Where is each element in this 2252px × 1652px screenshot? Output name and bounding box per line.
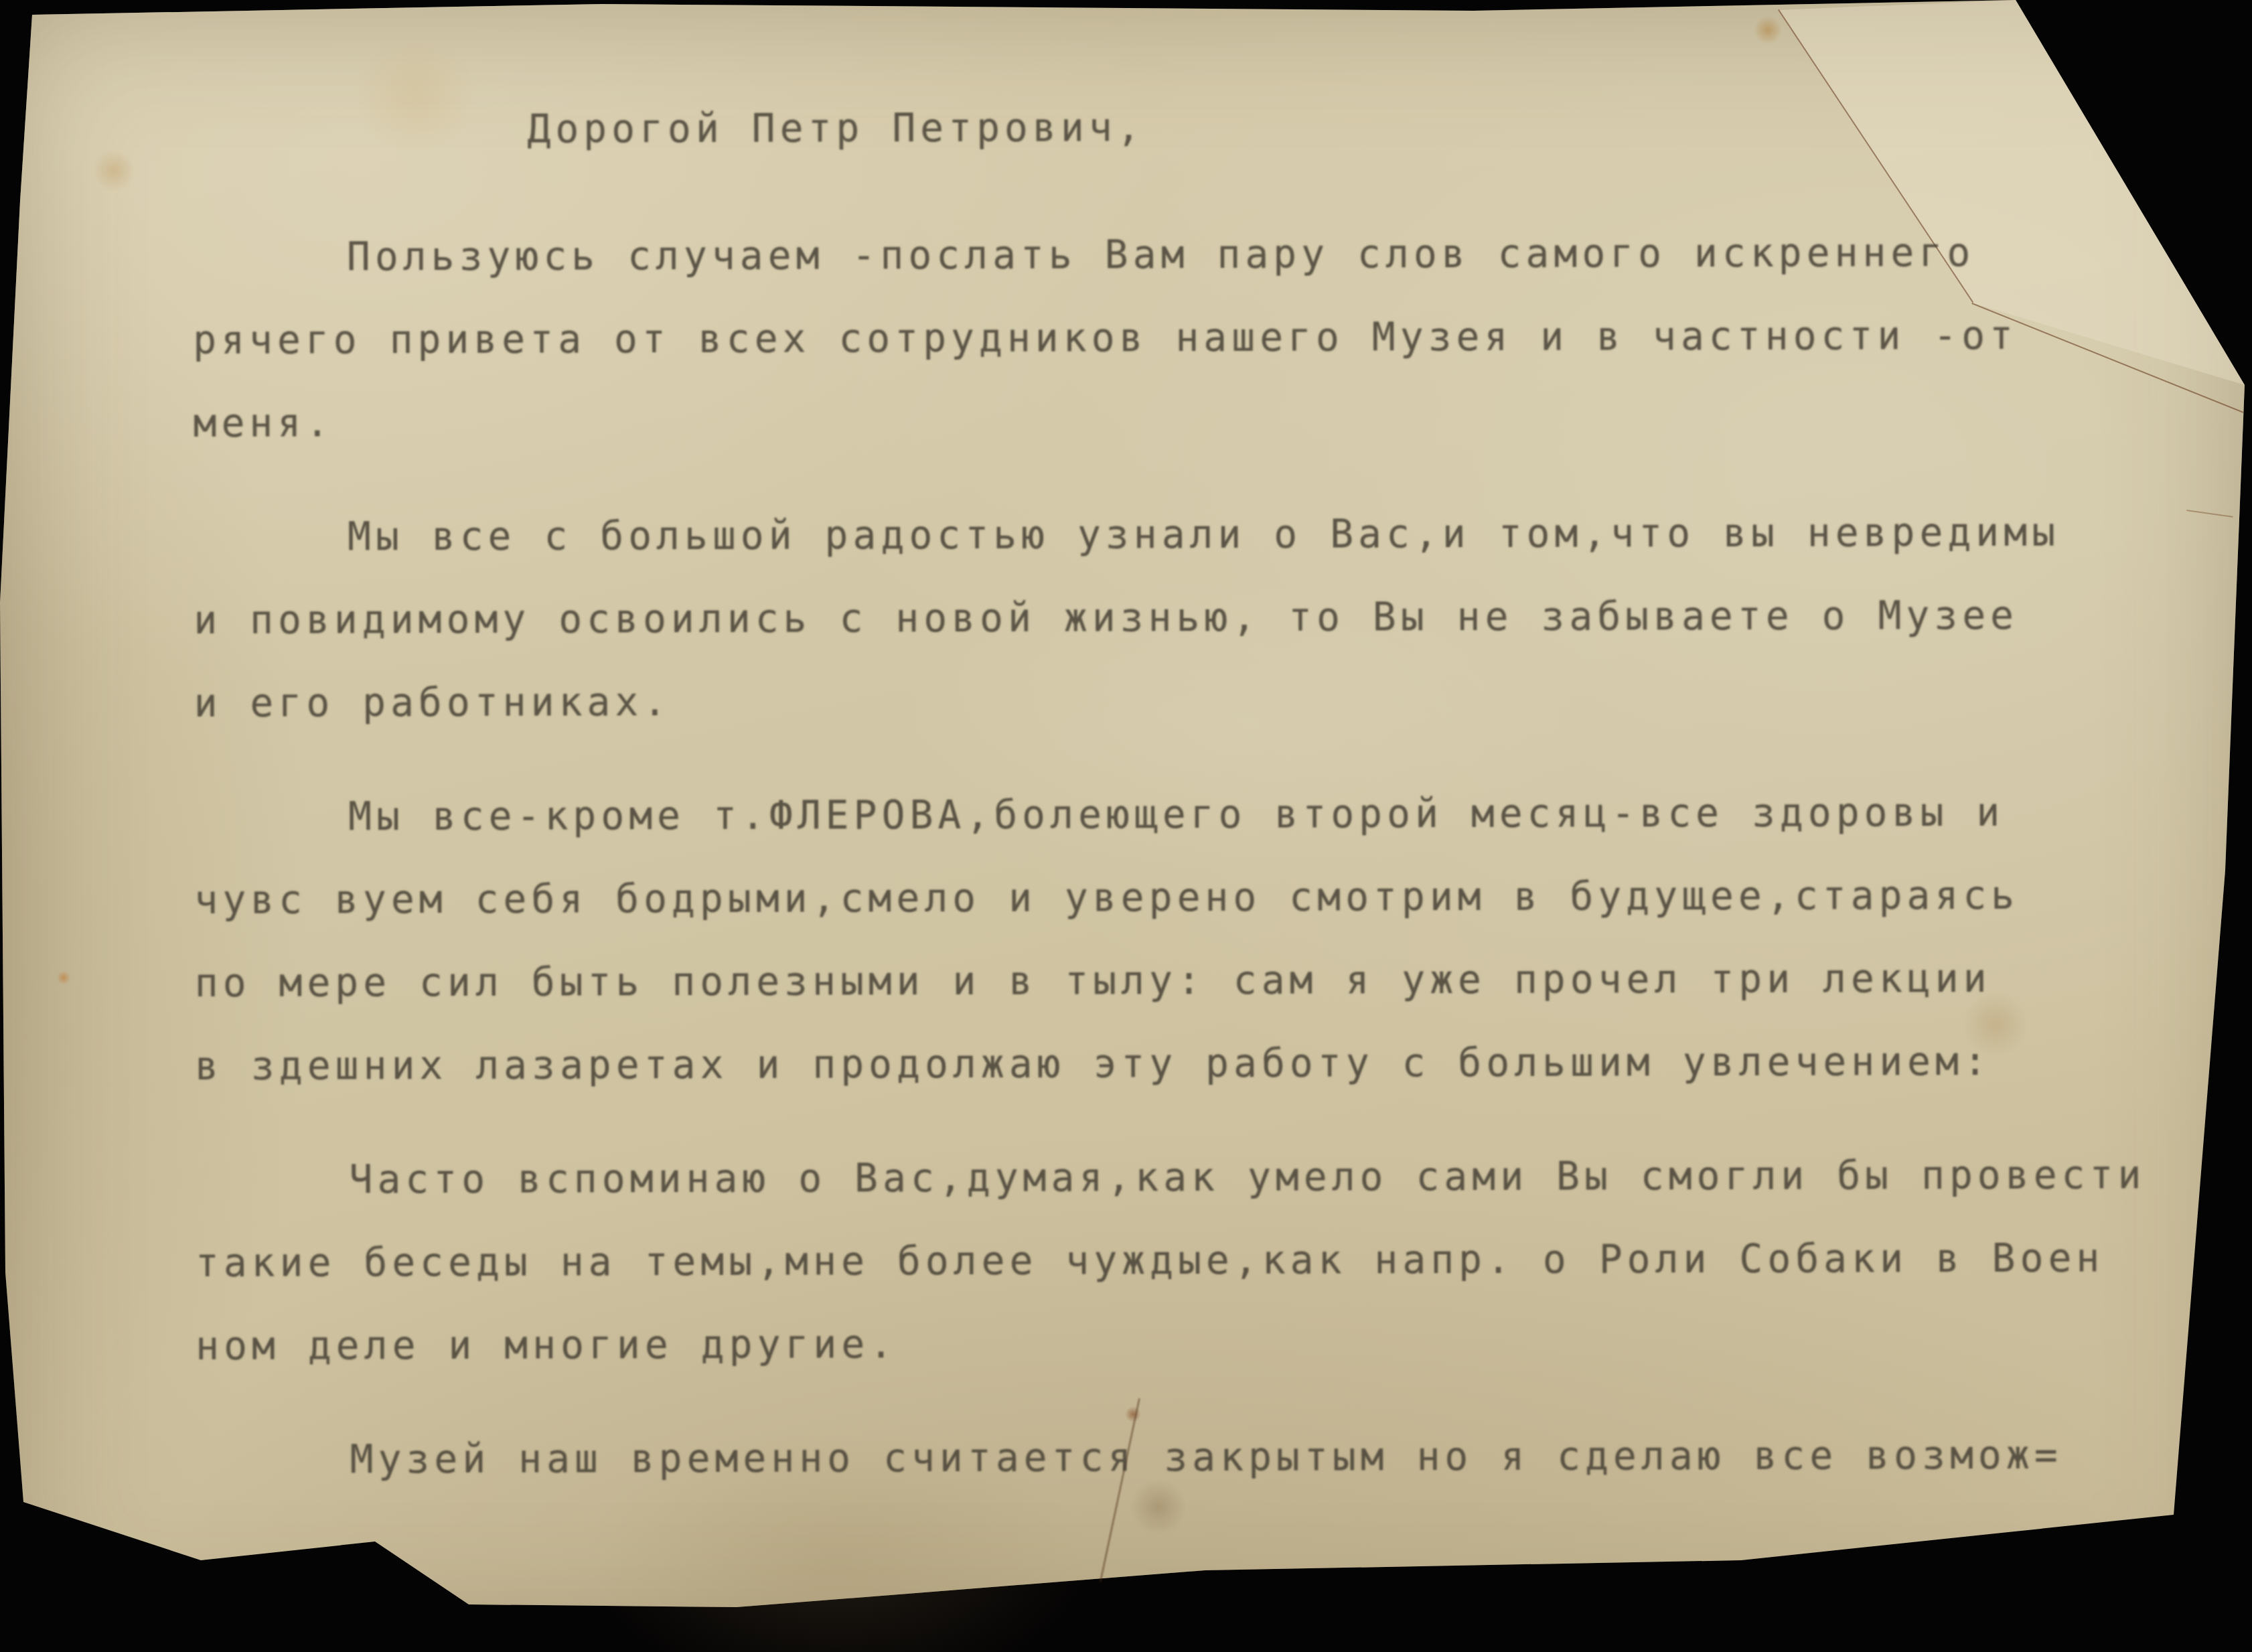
letter-line: Мы все с большой радостью узнали о Вас,и… [348, 490, 2202, 578]
letter-line: такие беседы на темы,мне более чуждые,ка… [196, 1216, 2204, 1304]
letter-paragraph: Музей наш временно считается закрытым но… [196, 1413, 2204, 1501]
letter-line: ном деле и многие другие. [196, 1299, 2204, 1387]
letter-paragraph: Мы все-кроме т.ФЛЕРОВА,болеющего второй … [194, 770, 2204, 1108]
letter-line: по мере сил быть полезными и в тылу: сам… [195, 936, 2204, 1025]
letter-line: Мы все-кроме т.ФЛЕРОВА,болеющего второй … [348, 770, 2203, 858]
letter-line: и повидимому освоились с новой жизнью, т… [194, 573, 2202, 662]
letter-line: Дорогой Петр Петрович, [527, 83, 2201, 171]
letter-line: чувс вуем себя бодрыми,смело и уверено с… [194, 853, 2203, 942]
letter-line: Музей наш временно считается закрытым но… [350, 1413, 2204, 1501]
letter-paragraph: Мы все с большой радостью узнали о Вас,и… [194, 490, 2203, 745]
letter-line: в здешних лазаретах и продолжаю эту рабо… [195, 1019, 2204, 1108]
letter-line: рячего привета от всех сотрудников нашег… [193, 293, 2202, 382]
letter-line: Пользуюсь случаем -послать Вам пару слов… [347, 210, 2202, 298]
letter-paragraph: Пользуюсь случаем -послать Вам пару слов… [193, 210, 2202, 465]
letter-line: меня. [193, 376, 2202, 465]
letter-paragraph: Часто вспоминаю о Вас,думая,как умело са… [195, 1133, 2204, 1387]
letter-line: Часто вспоминаю о Вас,думая,как умело са… [349, 1133, 2204, 1221]
letter-line: и его работниках. [194, 656, 2202, 745]
letter-body: Дорогой Петр Петрович, Пользуюсь случаем… [192, 83, 2205, 1501]
letter-salutation: Дорогой Петр Петрович, [192, 83, 2201, 171]
photo-background: Дорогой Петр Петрович, Пользуюсь случаем… [0, 0, 2252, 1652]
